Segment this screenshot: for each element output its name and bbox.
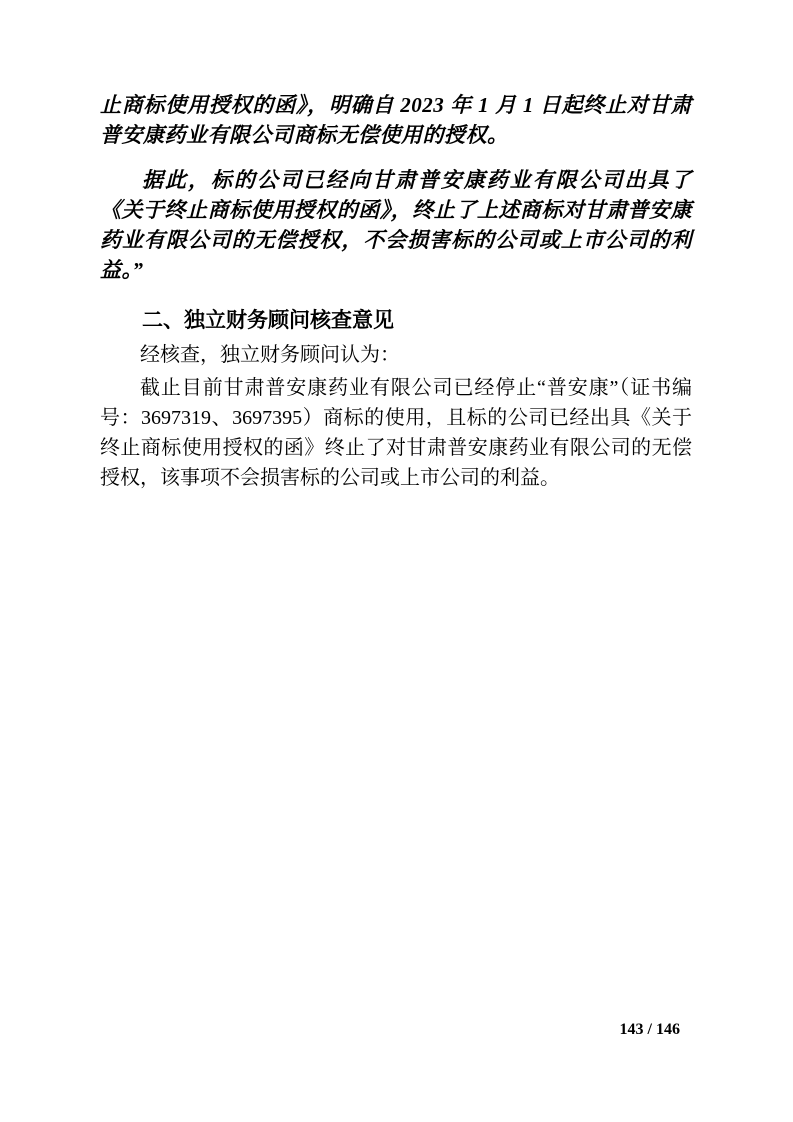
section-heading: 二、独立财务顾问核查意见 [100, 305, 692, 337]
document-content: 止商标使用授权的函》，明确自 2023 年 1 月 1 日起终止对甘肃普安康药业… [100, 0, 692, 493]
body-paragraph-opinion: 截止目前甘肃普安康药业有限公司已经停止“普安康”（证书编号：3697319、36… [100, 373, 692, 493]
document-page: 止商标使用授权的函》，明确自 2023 年 1 月 1 日起终止对甘肃普安康药业… [0, 0, 793, 1122]
page-number: 143 / 146 [620, 1021, 680, 1039]
quote-paragraph: 据此，标的公司已经向甘肃普安康药业有限公司出具了《关于终止商标使用授权的函》，终… [100, 165, 692, 285]
quote-paragraph-continued: 止商标使用授权的函》，明确自 2023 年 1 月 1 日起终止对甘肃普安康药业… [100, 90, 692, 150]
body-paragraph-intro: 经核查，独立财务顾问认为： [100, 340, 692, 370]
